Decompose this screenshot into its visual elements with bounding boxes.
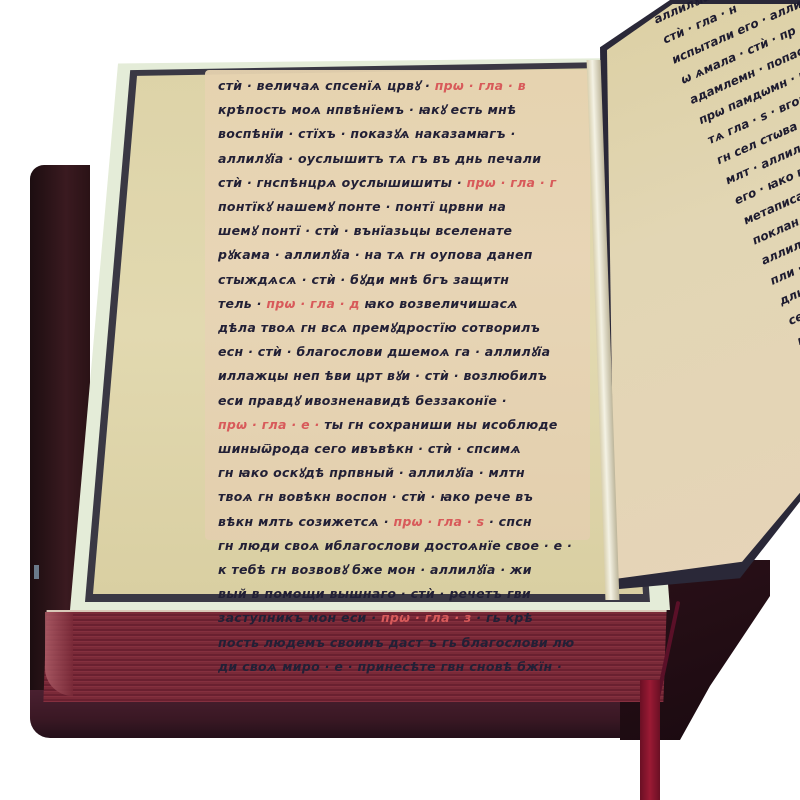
line-text: · спсн xyxy=(484,514,532,529)
line-text: гн люди своѧ иблагослови достоѧнїе свое … xyxy=(218,538,572,553)
line-text: крѣпость моѧ нпвѣнїемъ · ꙗкꙋ есть мнѣ xyxy=(218,102,517,117)
manuscript-line: воспѣнїи · стїхъ · показꙋѧ наказамꙗгъ · xyxy=(218,122,588,146)
manuscript-line: аллилꙋїа · оуслышитъ тѧ гъ въ днь печали xyxy=(218,147,588,171)
manuscript-line: пость людемъ своимъ даст ъ гь благослови… xyxy=(218,631,588,655)
manuscript-line: шиныѿрода сего ивъвѣкн · стѝ · спсимѧ xyxy=(218,437,588,461)
manuscript-line: гн люди своѧ иблагослови достоѧнїе свое … xyxy=(218,534,588,558)
line-text: к тебѣ гн возвовꙋ бже мон · аллилꙋїа · ж… xyxy=(218,562,532,577)
manuscript-line: шемꙋ понтї · стѝ · вънїазьцы вселенате xyxy=(218,219,588,243)
line-text: стыждѧсѧ · стѝ · бꙋди мнѣ бгъ защитн xyxy=(218,272,509,287)
line-text: рꙋкама · аллилꙋїа · на тѧ гн оупова дане… xyxy=(218,247,533,262)
line-text: вѣкн млть созижетсѧ · xyxy=(218,514,394,529)
rubric-text: прѡ · гла · в xyxy=(435,78,526,93)
rubric-text: прѡ · гла · д xyxy=(266,296,359,311)
line-text: пость людемъ своимъ даст ъ гь благослови… xyxy=(218,635,575,650)
cover-clasp xyxy=(34,565,39,579)
manuscript-line: прѡ · гла · е · ты гн сохраниши ны исобл… xyxy=(218,413,588,437)
line-text: ты гн сохраниши ны исоблюде xyxy=(320,417,558,432)
line-text: понтїкꙋ нашемꙋ понте · понтї црвни на xyxy=(218,199,506,214)
manuscript-line: гн ꙗко оскꙋдѣ прпвный · аллилꙋїа · млтн xyxy=(218,461,588,485)
line-text: воспѣнїи · стїхъ · показꙋѧ наказамꙗгъ · xyxy=(218,126,516,141)
manuscript-line: стыждѧсѧ · стѝ · бꙋди мнѣ бгъ защитн xyxy=(218,268,588,292)
line-text: тель · xyxy=(218,296,266,311)
bookmark-ribbon[interactable] xyxy=(640,680,660,800)
manuscript-line: еси правдꙋ ивозненавидѣ беззаконїе · xyxy=(218,389,588,413)
rubric-text: прѡ · гла · г xyxy=(467,175,557,190)
line-text: стѝ · гнспѣнцрѧ оуслышишиты · xyxy=(218,175,467,190)
line-text: ꙗко возвеличишасѧ xyxy=(360,296,518,311)
line-text: дѣла твоѧ гн всѧ премꙋдростїю сотворилъ xyxy=(218,320,540,335)
book-photo: стѝ · величаѧ спсенїѧ црвꙋ · прѡ · гла ·… xyxy=(0,0,800,800)
manuscript-line: заступникъ мон еси · прѡ · гла · з · гь … xyxy=(218,606,588,630)
line-text: шиныѿрода сего ивъвѣкн · стѝ · спсимѧ xyxy=(218,441,521,456)
manuscript-line: есн · стѝ · благослови дшемоѧ га · аллил… xyxy=(218,340,588,364)
line-text: еси правдꙋ ивозненавидѣ беззаконїе · xyxy=(218,393,507,408)
manuscript-line: твоѧ гн вовѣкн воспон · стѝ · ꙗко рече в… xyxy=(218,485,588,509)
manuscript-line: ди своѧ миро · е · принесѣте гвн сновѣ б… xyxy=(218,655,588,679)
line-text: стѝ · величаѧ спсенїѧ црвꙋ · xyxy=(218,78,435,93)
manuscript-line: дѣла твоѧ гн всѧ премꙋдростїю сотворилъ xyxy=(218,316,588,340)
line-text: ди своѧ миро · е · принесѣте гвн сновѣ б… xyxy=(218,659,562,674)
manuscript-line: рꙋкама · аллилꙋїа · на тѧ гн оупова дане… xyxy=(218,243,588,267)
line-text: есн · стѝ · благослови дшемоѧ га · аллил… xyxy=(218,344,550,359)
line-text: твоѧ гн вовѣкн воспон · стѝ · ꙗко рече в… xyxy=(218,489,533,504)
line-text: вый в помощи вышнаго · стѝ · речетъ гви xyxy=(218,586,531,601)
manuscript-line: к тебѣ гн возвовꙋ бже мон · аллилꙋїа · ж… xyxy=(218,558,588,582)
line-text: аллилꙋїа · оуслышитъ тѧ гъ въ днь печали xyxy=(218,151,541,166)
manuscript-line: тель · прѡ · гла · д ꙗко возвеличишасѧ xyxy=(218,292,588,316)
rubric-text: прѡ · гла · з xyxy=(381,610,472,625)
line-text: шемꙋ понтї · стѝ · вънїазьцы вселенате xyxy=(218,223,512,238)
page-edge-curve xyxy=(45,612,73,696)
manuscript-line: иллажцы неп ѣви црт вꙋи · стѝ · возлюбил… xyxy=(218,364,588,388)
line-text: · гь крѣ xyxy=(472,610,534,625)
line-text: заступникъ мон еси · xyxy=(218,610,381,625)
manuscript-line: вѣкн млть созижетсѧ · прѡ · гла · ѕ · сп… xyxy=(218,510,588,534)
manuscript-line: вый в помощи вышнаго · стѝ · речетъ гви xyxy=(218,582,588,606)
manuscript-line: стѝ · гнспѣнцрѧ оуслышишиты · прѡ · гла … xyxy=(218,171,588,195)
manuscript-text: стѝ · величаѧ спсенїѧ црвꙋ · прѡ · гла ·… xyxy=(218,74,588,679)
line-text: гн ꙗко оскꙋдѣ прпвный · аллилꙋїа · млтн xyxy=(218,465,525,480)
line-text: иллажцы неп ѣви црт вꙋи · стѝ · возлюбил… xyxy=(218,368,547,383)
manuscript-line: крѣпость моѧ нпвѣнїемъ · ꙗкꙋ есть мнѣ xyxy=(218,98,588,122)
manuscript-line: стѝ · величаѧ спсенїѧ црвꙋ · прѡ · гла ·… xyxy=(218,74,588,98)
rubric-text: прѡ · гла · ѕ xyxy=(394,514,485,529)
manuscript-line: понтїкꙋ нашемꙋ понте · понтї црвни на xyxy=(218,195,588,219)
rubric-text: прѡ · гла · е · xyxy=(218,417,320,432)
